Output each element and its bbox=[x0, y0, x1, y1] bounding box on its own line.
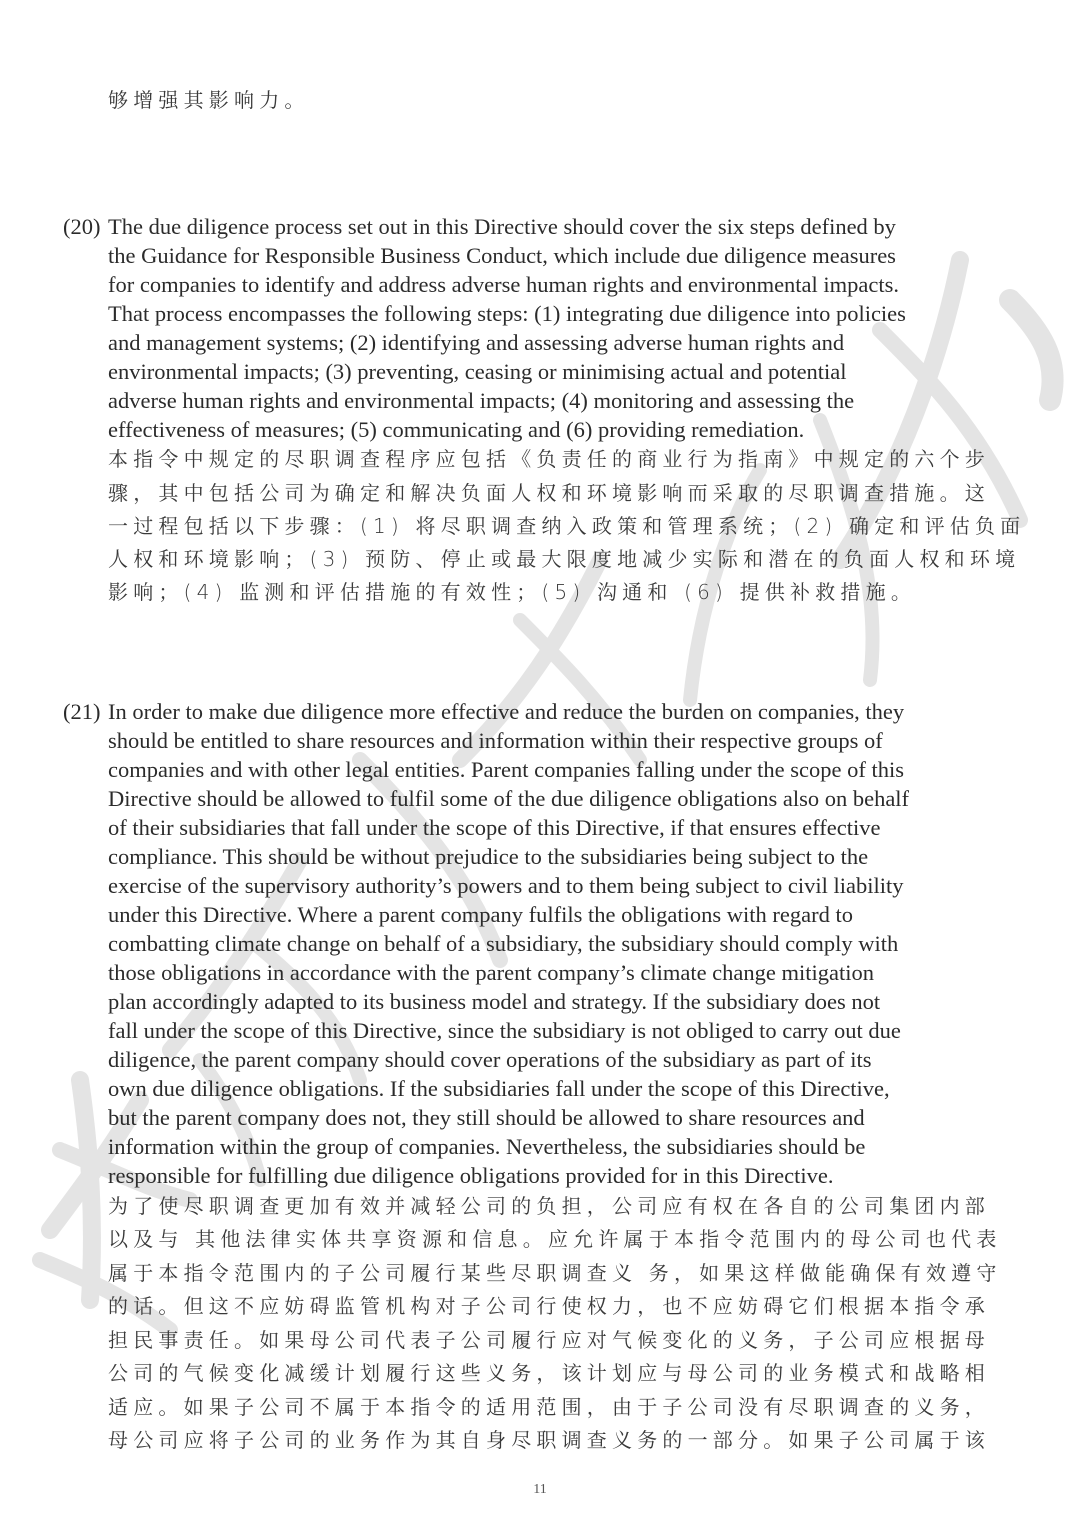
english-line: compliance. This should be without preju… bbox=[108, 842, 868, 871]
chinese-line: 公司的气候变化减缓计划履行这些义务，该计划应与母公司的业务模式和战略相 bbox=[108, 1359, 990, 1388]
english-line: own due diligence obligations. If the su… bbox=[108, 1074, 890, 1103]
english-line: those obligations in accordance with the… bbox=[108, 958, 874, 987]
english-line: That process encompasses the following s… bbox=[108, 299, 906, 328]
english-line: of their subsidiaries that fall under th… bbox=[108, 813, 880, 842]
english-line: In order to make due diligence more effe… bbox=[108, 697, 904, 726]
english-line: the Guidance for Responsible Business Co… bbox=[108, 241, 896, 270]
chinese-line: 骤，其中包括公司为确定和解决负面人权和环境影响而采取的尽职调查措施。这 bbox=[108, 479, 990, 508]
paragraph-number: (21) bbox=[63, 697, 101, 726]
chinese-line: 以及与 其他法律实体共享资源和信息。应允许属于本指令范围内的母公司也代表 bbox=[108, 1225, 1002, 1254]
chinese-line: 属于本指令范围内的子公司履行某些尽职调查义 务，如果这样做能确保有效遵守 bbox=[108, 1259, 1002, 1288]
english-line: diligence, the parent company should cov… bbox=[108, 1045, 872, 1074]
english-line: should be entitled to share resources an… bbox=[108, 726, 883, 755]
english-line: adverse human rights and environmental i… bbox=[108, 386, 854, 415]
english-line: effectiveness of measures; (5) communica… bbox=[108, 415, 804, 444]
chinese-line: 适应。如果子公司不属于本指令的适用范围，由于子公司没有尽职调查的义务， bbox=[108, 1393, 990, 1422]
paragraph-number: (20) bbox=[63, 212, 101, 241]
chinese-line: 为了使尽职调查更加有效并减轻公司的负担，公司应有权在各自的公司集团内部 bbox=[108, 1192, 990, 1221]
chinese-line: 影响；(4) 监测和评估措施的有效性；(5) 沟通和 (6) 提供补救措施。 bbox=[108, 578, 916, 607]
english-line: companies and with other legal entities.… bbox=[108, 755, 904, 784]
page-number: 11 bbox=[0, 1482, 1080, 1498]
chinese-line: 人权和环境影响；(3) 预防、停止或最大限度地减少实际和潜在的负面人权和环境 bbox=[108, 545, 1020, 574]
english-line: and management systems; (2) identifying … bbox=[108, 328, 844, 357]
chinese-line: 母公司应将子公司的业务作为其自身尽职调查义务的一部分。如果子公司属于该 bbox=[108, 1426, 990, 1455]
english-line: under this Directive. Where a parent com… bbox=[108, 900, 853, 929]
english-line: Directive should be allowed to fulfil so… bbox=[108, 784, 909, 813]
english-line: combatting climate change on behalf of a… bbox=[108, 929, 898, 958]
english-line: information within the group of companie… bbox=[108, 1132, 865, 1161]
english-line: exercise of the supervisory authority’s … bbox=[108, 871, 903, 900]
english-line: environmental impacts; (3) preventing, c… bbox=[108, 357, 847, 386]
english-line: but the parent company does not, they st… bbox=[108, 1103, 865, 1132]
continuation-text: 够增强其影响力。 bbox=[108, 86, 310, 115]
english-line: fall under the scope of this Directive, … bbox=[108, 1016, 901, 1045]
english-line: responsible for fulfilling due diligence… bbox=[108, 1161, 833, 1190]
chinese-line: 担民事责任。如果母公司代表子公司履行应对气候变化的义务，子公司应根据母 bbox=[108, 1326, 990, 1355]
english-line: for companies to identify and address ad… bbox=[108, 270, 899, 299]
english-line: plan accordingly adapted to its business… bbox=[108, 987, 880, 1016]
document-page: 够增强其影响力。 (20) The due diligence process … bbox=[0, 0, 1080, 1527]
english-line: The due diligence process set out in thi… bbox=[108, 212, 896, 241]
chinese-line: 本指令中规定的尽职调查程序应包括《负责任的商业行为指南》中规定的六个步 bbox=[108, 445, 990, 474]
chinese-line: 一过程包括以下步骤：(1) 将尽职调查纳入政策和管理系统；(2) 确定和评估负面 bbox=[108, 512, 1025, 541]
chinese-line: 的话。但这不应妨碍监管机构对子公司行使权力，也不应妨碍它们根据本指令承 bbox=[108, 1292, 990, 1321]
